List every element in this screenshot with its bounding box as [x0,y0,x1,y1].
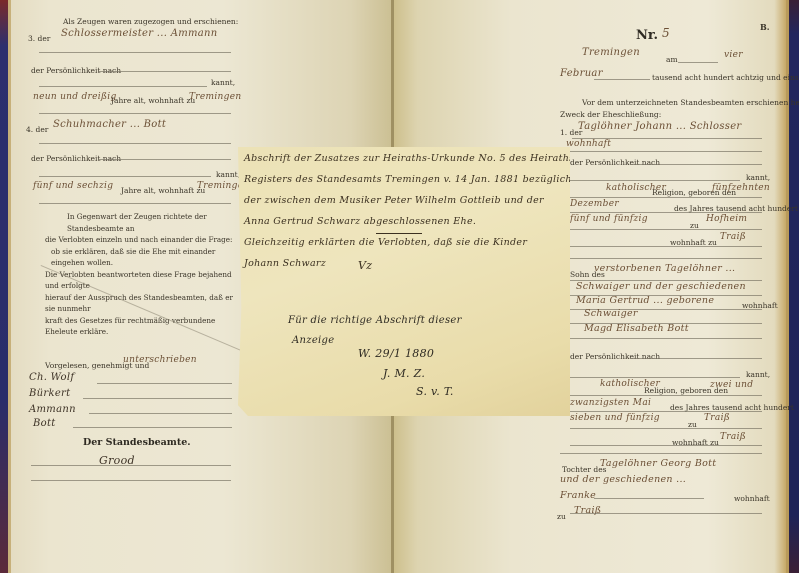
rule-line [99,71,231,72]
rule-line [630,164,762,165]
rule-line [594,498,704,499]
signature-2: Bürkert [29,388,70,399]
registrar-title: Der Standesbeamte. [83,437,191,448]
rule-line [570,445,762,446]
age-hw-2: fünf und sechzig [33,181,113,191]
age-print-2: Jahre alt, wohnhaft zu [121,186,205,195]
known-label-2: kannt, [746,370,770,379]
signature-1: Ch. Wolf [29,372,74,383]
birthplace-hw: Hofheim [706,214,747,224]
party2-hw: Magd Elisabeth Bott [584,323,689,334]
declaration-line: kraft des Gesetzes für rechtmäßig verbun… [45,315,241,338]
declaration-line: In Gegenwart der Zeugen richtete der Sta… [45,211,241,234]
rule-line [39,86,207,87]
age-print-1: Jahre alt, wohnhaft zu [111,96,195,105]
rule-line [570,338,762,339]
corner-mark: B. [760,22,770,32]
note-line-2: Registers des Standesamts Tremingen v. 1… [244,174,572,185]
rule-line [570,197,762,198]
witness2-name: Schuhmacher ... Bott [53,119,166,130]
rule-line [39,203,231,204]
declaration-line: ob sie erklären, daß sie die Ehe mit ein… [45,246,241,269]
certification-line-1: Für die richtige Abschrift dieser [288,315,462,326]
register-number-value: 5 [662,26,670,40]
witness1-name: Schlossermeister ... Ammann [61,28,218,39]
rule-line [99,159,231,160]
rule-line [570,246,762,247]
daughter-hw-3: Franke [560,490,596,501]
rule-line [73,427,232,428]
parents-hw-3: Maria Gertrud ... geborene [576,295,714,306]
rule-line [89,413,232,414]
personality-label: der Persönlichkeit nach [570,158,660,167]
rule-line [560,453,762,454]
daughter-residence-hw: Traiß [574,505,601,516]
rule-line [570,411,762,412]
rule-line [39,52,231,53]
witness2-prefix: 4. der [26,125,48,134]
note-sign-2: S. v. T. [416,385,454,398]
year-print: tausend acht hundert achtzig und eins. [652,73,799,82]
personality-label-2: der Persönlichkeit nach [570,352,660,361]
underline-mark [376,233,422,234]
parents-hw-2: Schwaiger und der geschiedenen [576,281,746,292]
party1-hw-2: wohnhaft [566,139,611,149]
known-label: kannt, [746,173,770,182]
rule-line [570,180,740,181]
known-label-1: kannt, [211,78,235,87]
age-hw-1: neun und dreißig [33,92,117,102]
daughter-hw-1: Tagelöhner Georg Bott [600,458,716,469]
rule-line [570,258,762,259]
declaration-line: die Verlobten einzeln und nach einander … [45,234,241,246]
residence-hw: Traiß [720,232,746,242]
rule-line [570,428,762,429]
day-hw: vier [724,50,743,60]
birth2-year-hw: sieben und fünfzig [570,413,660,423]
birth-month-hw: Dezember [570,199,619,209]
parents-hw-4: Schwaiger [584,308,638,319]
place-hw: Tremingen [582,47,640,58]
witness1-prefix: 3. der [28,34,50,43]
witnesses-intro: Als Zeugen waren zugezogen und erschiene… [63,17,238,26]
signature-4: Bott [33,418,56,429]
rule-line [630,358,762,359]
note-line-4: Anna Gertrud Schwarz abgeschlossenen Ehe… [244,216,476,227]
rule-line [31,480,231,481]
rule-line [97,383,232,384]
rule-line [570,513,762,514]
birth2-day-hw: zwei und [710,380,753,390]
am-label: am [666,55,678,64]
daughter-residence-label: zu [557,512,566,521]
rule-line [570,229,762,230]
rule-line [39,113,231,114]
rule-line [678,62,718,63]
inserted-note: Abschrift der Zusatzes zur Heiraths-Urku… [238,147,570,416]
birthplace2-hw: Traiß [704,413,730,423]
note-initials: Vz [358,259,372,272]
intro-line-1: Vor dem unterzeichneten Standesbeamten e… [582,98,799,107]
register-number-label: Nr. [636,28,658,43]
intro-line-2: Zweck der Eheschließung: [560,110,661,119]
birth-year-hw: fünf und fünfzig [570,214,648,224]
note-line-3: der zwischen dem Musiker Peter Wilhelm G… [244,195,544,206]
rule-line [570,395,762,396]
rule-line [562,151,762,152]
rule-line [31,465,231,466]
declaration-line: hierauf der Ausspruch des Standesbeamten… [45,292,241,315]
read-hw: unterschrieben [123,355,197,365]
birth-day-hw: fünfzehnten [712,183,770,193]
residence-hw-1: Tremingen [189,92,241,102]
note-line-6: Johann Schwarz [244,258,326,269]
birth2-month-hw: zwanzigsten Mai [570,398,651,408]
certification-line-2: Anzeige [292,335,334,346]
note-date: W. 29/1 1880 [358,347,434,360]
party1-hw: Taglöhner Johann ... Schlosser [578,121,742,132]
note-sign-1: J. M. Z. [383,367,425,380]
daughter-hw-2: und der geschiedenen ... [560,474,686,485]
rule-line [594,79,650,80]
daughter-residence-print: wohnhaft [734,494,770,503]
rule-line [39,143,231,144]
parents-hw-1: verstorbenen Tagelöhner ... [594,263,735,274]
signature-3: Ammann [29,404,76,415]
rule-line [570,377,740,378]
declaration-paragraph: In Gegenwart der Zeugen richtete der Sta… [45,211,241,338]
residence2-hw: Traiß [720,432,746,442]
rule-line [83,398,232,399]
known-label-2: kannt, [216,170,240,179]
rule-line [39,176,211,177]
note-line-1: Abschrift der Zusatzes zur Heiraths-Urku… [244,153,578,164]
month-hw: Februar [560,68,603,79]
note-line-5: Gleichzeitig erklärten die Verlobten, da… [244,237,527,248]
rule-line [570,212,762,213]
